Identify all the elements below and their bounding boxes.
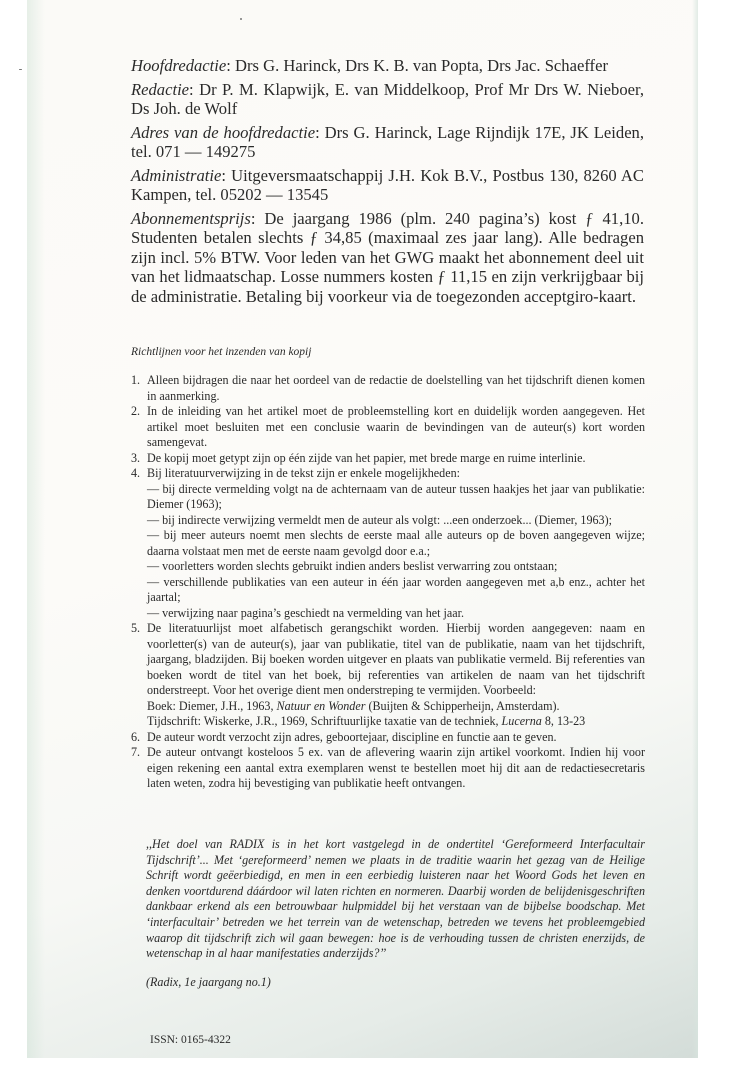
radix-quote: ,,Het doel van RADIX is in het kort vast… (146, 837, 645, 962)
item-number: 7. (131, 745, 140, 761)
speck (19, 69, 22, 70)
sub-item: — bij indirecte verwijzing vermeldt men … (147, 513, 645, 529)
guidelines-list: 1.Alleen bijdragen die naar het oordeel … (131, 373, 645, 792)
item-number: 5. (131, 621, 140, 637)
example-book: Boek: Diemer, J.H., 1963, Natuur en Wond… (147, 699, 645, 715)
masthead-adres: Adres van de hoofdredactie: Drs G. Harin… (131, 123, 644, 162)
speck (240, 18, 242, 20)
sub-item: — verwijzing naar pagina’s geschiedt na … (147, 606, 645, 622)
sub-item: — verschillende publikaties van een aute… (147, 575, 645, 606)
item-text: De literatuurlijst moet alfabetisch gera… (147, 621, 645, 697)
quote-source: (Radix, 1e jaargang no.1) (146, 975, 271, 990)
example-title: Lucerna (502, 714, 542, 728)
sub-item: — bij directe vermelding volgt na de ach… (147, 482, 645, 513)
masthead-administratie: Administratie: Uitgeversmaatschappij J.H… (131, 166, 644, 205)
sub-item: — voorletters worden slechts gebruikt in… (147, 559, 645, 575)
example-title: Natuur en Wonder (277, 699, 366, 713)
masthead-redactie: Redactie: Dr P. M. Klapwijk, E. van Midd… (131, 80, 644, 119)
guideline-item: 1.Alleen bijdragen die naar het oordeel … (131, 373, 645, 404)
guideline-item: 5.De literatuurlijst moet alfabetisch ge… (131, 621, 645, 730)
example-text: Tijdschrift: Wiskerke, J.R., 1969, Schri… (147, 714, 502, 728)
item-text: De auteur ontvangt kosteloos 5 ex. van d… (147, 745, 645, 790)
item-number: 3. (131, 451, 140, 467)
example-journal: Tijdschrift: Wiskerke, J.R., 1969, Schri… (147, 714, 645, 730)
item-number: 4. (131, 466, 140, 482)
label: Abonnementsprijs (131, 209, 251, 228)
masthead-abonnement: Abonnementsprijs: De jaargang 1986 (plm.… (131, 209, 644, 307)
example-text: (Buijten & Schipperheijn, Amsterdam). (365, 699, 559, 713)
label: Adres van de hoofdredactie (131, 123, 315, 142)
example-text: 8, 13-23 (542, 714, 585, 728)
guideline-item: 3.De kopij moet getypt zijn op één zijde… (131, 451, 645, 467)
masthead-hoofdredactie: Hoofdredactie: Drs G. Harinck, Drs K. B.… (131, 56, 644, 76)
item-text: Alleen bijdragen die naar het oordeel va… (147, 373, 645, 403)
value: : Dr P. M. Klapwijk, E. van Middelkoop, … (131, 80, 644, 119)
issn: ISSN: 0165-4322 (150, 1034, 231, 1046)
guideline-item: 4.Bij literatuurverwijzing in de tekst z… (131, 466, 645, 621)
item-text: Bij literatuurverwijzing in de tekst zij… (147, 466, 460, 480)
guidelines-title: Richtlijnen voor het inzenden van kopij (131, 346, 311, 358)
sub-item: — bij meer auteurs noemt men slechts de … (147, 528, 645, 559)
guideline-item: 2.In de inleiding van het artikel moet d… (131, 404, 645, 451)
page-edge-shadow (692, 0, 698, 1058)
example-text: Boek: Diemer, J.H., 1963, (147, 699, 277, 713)
value: : Drs G. Harinck, Drs K. B. van Popta, D… (226, 56, 608, 75)
masthead: Hoofdredactie: Drs G. Harinck, Drs K. B.… (131, 56, 644, 310)
guideline-item: 6.De auteur wordt verzocht zijn adres, g… (131, 730, 645, 746)
item-number: 1. (131, 373, 140, 389)
item-text: De kopij moet getypt zijn op één zijde v… (147, 451, 586, 465)
label: Administratie (131, 166, 221, 185)
item-text: De auteur wordt verzocht zijn adres, geb… (147, 730, 557, 744)
item-number: 2. (131, 404, 140, 420)
item-text: In de inleiding van het artikel moet de … (147, 404, 645, 449)
label: Redactie (131, 80, 189, 99)
item-number: 6. (131, 730, 140, 746)
label: Hoofdredactie (131, 56, 226, 75)
guideline-item: 7.De auteur ontvangt kosteloos 5 ex. van… (131, 745, 645, 792)
